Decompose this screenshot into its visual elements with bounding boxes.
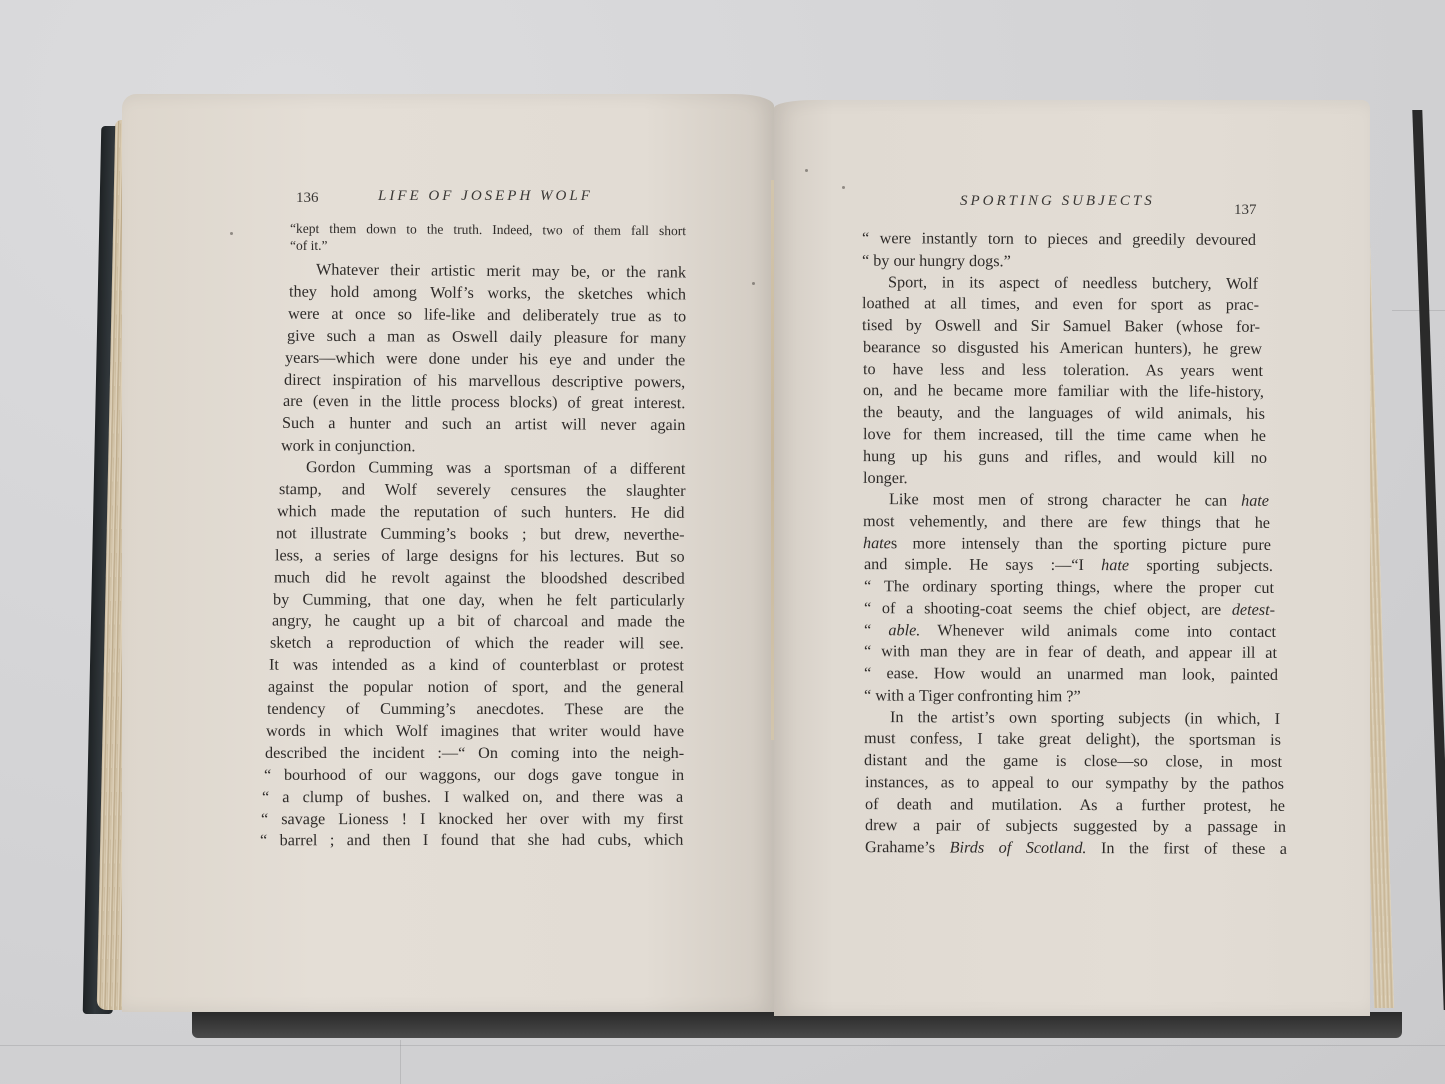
paper-speck	[842, 186, 845, 189]
text-line: hung up his guns and rifles, and would k…	[863, 447, 1267, 468]
text-line: Sport, in its aspect of needless butcher…	[888, 273, 1258, 294]
text-line: “ were instantly torn to pieces and gree…	[862, 229, 1256, 250]
text-line: “ bourhood of our waggons, our dogs gave…	[264, 766, 684, 785]
text-line: “ The ordinary sporting things, where th…	[864, 577, 1274, 598]
text-line: not illustrate Cumming’s books ; but dre…	[276, 524, 685, 544]
text-line: were at once so life-like and deliberate…	[288, 304, 686, 326]
text-line: “ with a Tiger confronting him ?”	[864, 686, 1114, 706]
text-line: angry, he caught up a bit of charcoal an…	[272, 612, 685, 632]
italic-text: Birds of Scotland.	[949, 838, 1086, 857]
text-line: “ ease. How would an unarmed man look, p…	[864, 664, 1278, 685]
text-line: they hold among Wolf’s works, the sketch…	[289, 282, 686, 304]
binding-thread	[771, 180, 774, 740]
text-line: instances, as to appeal to our sympathy …	[864, 773, 1283, 794]
book-cover-right-edge	[1412, 110, 1445, 1010]
italic-text: hate	[1101, 556, 1129, 574]
text-line: sketch a reproduction of which the reade…	[270, 634, 684, 654]
text-line: “kept them down to the truth. Indeed, tw…	[290, 221, 686, 239]
text-line: Grahame’s Birds of Scotland. In the firs…	[865, 838, 1287, 859]
text-line: which made the reputation of such hunter…	[277, 502, 685, 523]
text-line: “ by our hungry dogs.”	[862, 251, 1042, 271]
italic-text: hate	[1241, 492, 1269, 510]
page-number-right: 137	[1234, 202, 1257, 219]
text-line: “ a clump of bushes. I walked on, and th…	[262, 787, 683, 806]
paper-speck	[752, 282, 755, 285]
italic-text: detest-	[1231, 600, 1274, 618]
text-line: stamp, and Wolf severely censures the sl…	[278, 480, 685, 501]
book-photo-scene: 136 LIFE OF JOSEPH WOLF SPORTING SUBJECT…	[0, 0, 1445, 1084]
text-line: and simple. He says :—“I hate sporting s…	[863, 555, 1272, 576]
text-line: are (even in the little process blocks) …	[283, 392, 685, 413]
text-line: by Cumming, that one day, when he felt p…	[273, 590, 685, 610]
text-line: words in which Wolf imagines that writer…	[266, 722, 684, 741]
text-line: the beauty, and the languages of wild an…	[863, 403, 1265, 424]
text-line: love for them increased, till the time c…	[863, 425, 1266, 446]
text-line: hates more intensely than the sporting p…	[863, 534, 1271, 555]
text-line: work in conjunction.	[281, 437, 461, 457]
text-line: Like most men of strong character he can…	[889, 490, 1269, 511]
text-line: bearance so disgusted his American hunte…	[862, 338, 1261, 359]
text-line: against the popular notion of sport, and…	[268, 678, 684, 698]
text-line: Such a hunter and such an artist will ne…	[282, 414, 685, 435]
paper-speck	[805, 169, 808, 172]
page-number-left: 136	[296, 190, 319, 207]
text-line: “ able. Whenever wild animals come into …	[864, 621, 1276, 642]
text-line: must confess, I take great delight), the…	[864, 729, 1281, 750]
text-line: distant and the game is close—so close, …	[864, 751, 1282, 772]
text-line: “ barrel ; and then I found that she had…	[260, 831, 683, 851]
text-line: “ savage Lioness ! I knocked her over wi…	[261, 809, 683, 828]
text-line: to have less and less toleration. As yea…	[863, 360, 1263, 381]
text-line: “of it.”	[290, 238, 390, 254]
text-line: tendency of Cumming’s anecdotes. These a…	[267, 700, 684, 719]
paper-speck	[230, 232, 233, 235]
italic-text: hate	[863, 534, 891, 552]
text-line: on, and he became more familiar with the…	[863, 381, 1264, 402]
text-line: tised by Oswell and Sir Samuel Baker (wh…	[862, 316, 1260, 337]
text-line: give such a man as Oswell daily pleasure…	[286, 326, 685, 348]
running-head-right: SPORTING SUBJECTS	[960, 193, 1155, 210]
text-line: Whatever their artistic merit may be, or…	[316, 261, 686, 283]
running-head-left: LIFE OF JOSEPH WOLF	[378, 188, 593, 205]
text-line: of death and mutilation. As a further pr…	[865, 795, 1285, 816]
text-line: “ with man they are in fear of death, an…	[864, 642, 1277, 663]
text-line: “ of a shooting-coat seems the chief obj…	[864, 599, 1275, 620]
text-line: It was intended as a kind of counterblas…	[269, 656, 684, 676]
text-line: direct inspiration of his marvellous des…	[284, 370, 685, 391]
surface-seam	[400, 1040, 401, 1084]
text-line: less, a series of large designs for his …	[275, 546, 685, 566]
text-line: In the artist’s own sporting subjects (i…	[890, 708, 1280, 729]
italic-text: able.	[888, 621, 920, 639]
text-line: drew a pair of subjects suggested by a p…	[865, 816, 1286, 837]
text-line: much did he revolt against the bloodshed…	[274, 568, 685, 588]
text-line: longer.	[863, 469, 913, 488]
text-line: most vehemently, and there are few thing…	[863, 512, 1270, 533]
text-line: described the incident :—“ On coming int…	[265, 744, 684, 763]
text-line: Gordon Cumming was a sportsman of a diff…	[306, 458, 686, 479]
surface-seam	[0, 1045, 1445, 1046]
text-line: loathed at all times, and even for sport…	[862, 294, 1259, 315]
text-line: years—which were done under his eye and …	[285, 348, 685, 370]
